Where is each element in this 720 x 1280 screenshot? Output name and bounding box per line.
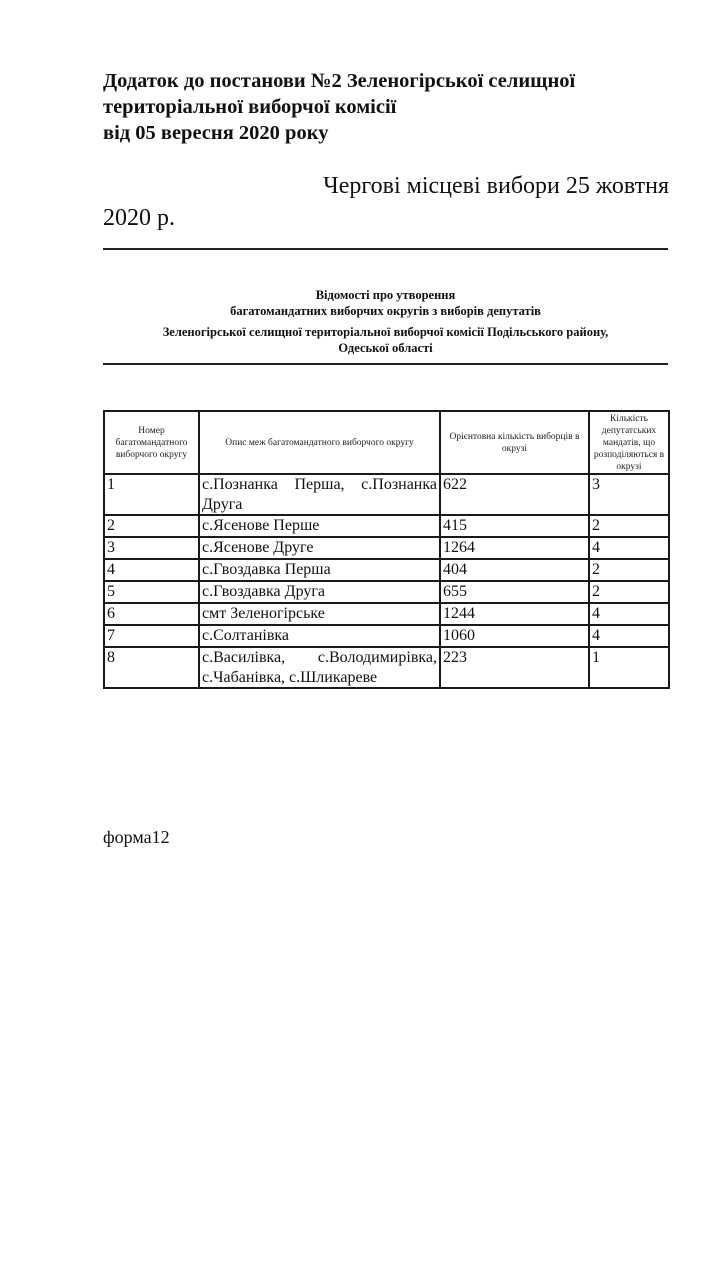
table-header-row: Номер багатомандатного виборчого округу … bbox=[104, 411, 669, 474]
cell-voters-count: 404 bbox=[440, 559, 589, 581]
cell-mandates-count: 3 bbox=[589, 474, 669, 515]
header-district-number: Номер багатомандатного виборчого округу bbox=[104, 411, 199, 474]
info-line-2: багатомандатних виборчих округів з вибор… bbox=[103, 303, 668, 319]
cell-mandates-count: 4 bbox=[589, 603, 669, 625]
table-row: 4с.Гвоздавка Перша4042 bbox=[104, 559, 669, 581]
cell-voters-count: 415 bbox=[440, 515, 589, 537]
info-line-4: Одеської області bbox=[103, 340, 668, 356]
divider-top bbox=[103, 248, 668, 250]
info-title: Відомості про утворення багатомандатних … bbox=[103, 287, 668, 356]
cell-voters-count: 1060 bbox=[440, 625, 589, 647]
cell-district-number: 5 bbox=[104, 581, 199, 603]
cell-district-description: с.Солтанівка bbox=[199, 625, 440, 647]
heading-line-1: Додаток до постанови №2 Зеленогірської с… bbox=[103, 68, 683, 94]
cell-district-description: с.Познанка Перша, с.Познанка Друга bbox=[199, 474, 440, 515]
cell-mandates-count: 4 bbox=[589, 625, 669, 647]
cell-mandates-count: 2 bbox=[589, 559, 669, 581]
districts-table: Номер багатомандатного виборчого округу … bbox=[103, 410, 670, 689]
cell-district-number: 4 bbox=[104, 559, 199, 581]
cell-district-description: с.Гвоздавка Перша bbox=[199, 559, 440, 581]
cell-district-number: 2 bbox=[104, 515, 199, 537]
heading-line-3: від 05 вересня 2020 року bbox=[103, 120, 683, 146]
table-row: 3с.Ясенове Друге12644 bbox=[104, 537, 669, 559]
cell-district-description: с.Ясенове Друге bbox=[199, 537, 440, 559]
header-district-description: Опис меж багатомандатного виборчого окру… bbox=[199, 411, 440, 474]
table-row: 6смт Зеленогірське12444 bbox=[104, 603, 669, 625]
cell-district-number: 6 bbox=[104, 603, 199, 625]
info-line-3: Зеленогірської селищної територіальної в… bbox=[103, 324, 668, 340]
table-row: 7с.Солтанівка10604 bbox=[104, 625, 669, 647]
election-title-line-1: Чергові місцеві вибори 25 жовтня bbox=[103, 170, 669, 202]
divider-bottom bbox=[103, 363, 668, 365]
info-line-1: Відомості про утворення bbox=[103, 287, 668, 303]
cell-mandates-count: 2 bbox=[589, 515, 669, 537]
cell-voters-count: 223 bbox=[440, 647, 589, 688]
cell-mandates-count: 2 bbox=[589, 581, 669, 603]
cell-voters-count: 1264 bbox=[440, 537, 589, 559]
form-label: форма12 bbox=[103, 826, 170, 848]
heading-line-2: територіальної виборчої комісії bbox=[103, 94, 683, 120]
cell-district-number: 8 bbox=[104, 647, 199, 688]
cell-voters-count: 622 bbox=[440, 474, 589, 515]
table-row: 1с.Познанка Перша, с.Познанка Друга6223 bbox=[104, 474, 669, 515]
election-title-line-2: 2020 р. bbox=[103, 202, 669, 234]
cell-district-description: с.Гвоздавка Друга bbox=[199, 581, 440, 603]
cell-district-number: 7 bbox=[104, 625, 199, 647]
header-mandates-count: Кількість депутатських мандатів, що розп… bbox=[589, 411, 669, 474]
table-body: 1с.Познанка Перша, с.Познанка Друга62232… bbox=[104, 474, 669, 688]
table-row: 2с.Ясенове Перше4152 bbox=[104, 515, 669, 537]
document-heading: Додаток до постанови №2 Зеленогірської с… bbox=[103, 68, 683, 146]
header-voters-count: Орієнтовна кількість виборців в окрузі bbox=[440, 411, 589, 474]
cell-district-number: 1 bbox=[104, 474, 199, 515]
cell-mandates-count: 1 bbox=[589, 647, 669, 688]
election-title: Чергові місцеві вибори 25 жовтня 2020 р. bbox=[103, 170, 669, 234]
table-row: 5с.Гвоздавка Друга6552 bbox=[104, 581, 669, 603]
cell-district-description: смт Зеленогірське bbox=[199, 603, 440, 625]
table-row: 8с.Василівка, с.Володимирівка, с.Чабанів… bbox=[104, 647, 669, 688]
cell-mandates-count: 4 bbox=[589, 537, 669, 559]
cell-district-number: 3 bbox=[104, 537, 199, 559]
cell-district-description: с.Ясенове Перше bbox=[199, 515, 440, 537]
cell-voters-count: 655 bbox=[440, 581, 589, 603]
cell-voters-count: 1244 bbox=[440, 603, 589, 625]
cell-district-description: с.Василівка, с.Володимирівка, с.Чабанівк… bbox=[199, 647, 440, 688]
